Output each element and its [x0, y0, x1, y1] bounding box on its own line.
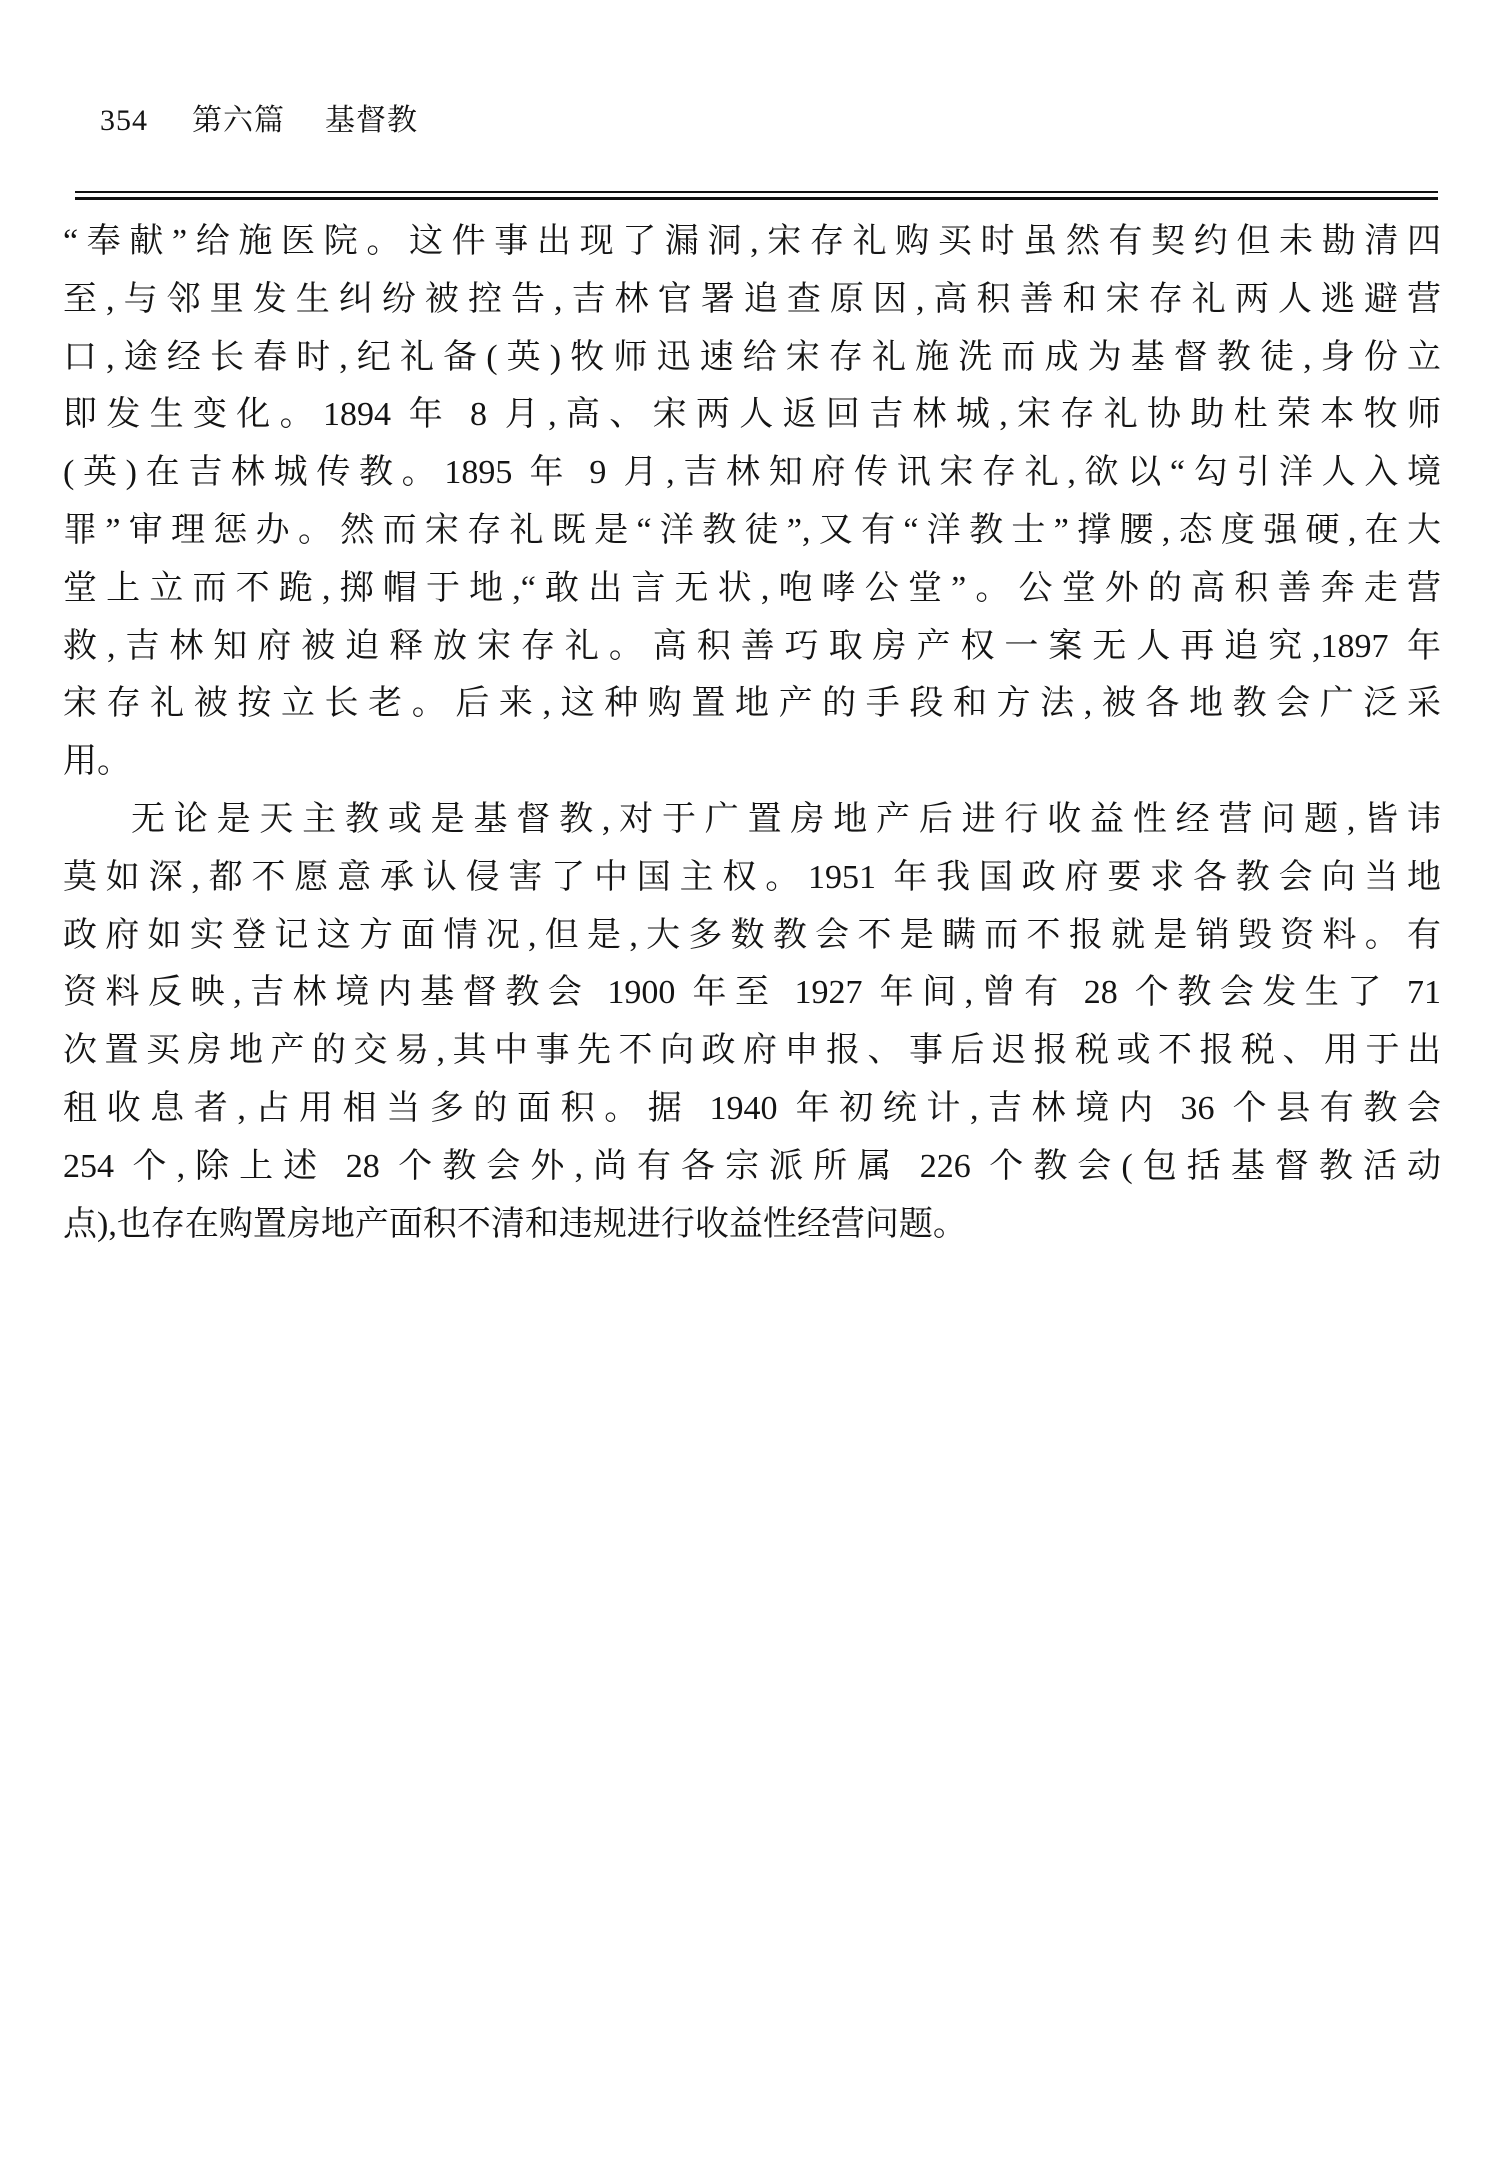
text-line: 点),也存在购置房地产面积不清和违规进行收益性经营问题。	[63, 1196, 1441, 1254]
text-line: 口,途经长春时,纪礼备(英)牧师迅速给宋存礼施洗而成为基督教徒,身份立	[63, 329, 1441, 387]
text-line: 救,吉林知府被迫释放宋存礼。高积善巧取房产权一案无人再追究,1897 年	[63, 618, 1441, 676]
text-line: 罪”审理惩办。然而宋存礼既是“洋教徒”,又有“洋教士”撑腰,态度强硬,在大	[63, 502, 1441, 560]
text-line: 次置买房地产的交易,其中事先不向政府申报、事后迟报税或不报税、用于出	[63, 1022, 1441, 1080]
page-number: 354	[100, 103, 148, 139]
chapter-title: 基督教	[325, 104, 418, 137]
section-label: 第六篇	[192, 103, 285, 139]
body-text: “奉献”给施医院。这件事出现了漏洞,宋存礼购买时虽然有契约但未勘清四至,与邻里发…	[63, 213, 1441, 1253]
text-line: 租收息者,占用相当多的面积。据 1940 年初统计,吉林境内 36 个县有教会	[63, 1080, 1441, 1138]
text-line: 无论是天主教或是基督教,对于广置房地产后进行收益性经营问题,皆讳	[63, 791, 1441, 849]
text-line: 资料反映,吉林境内基督教会 1900 年至 1927 年间,曾有 28 个教会发…	[63, 964, 1441, 1022]
text-line: 至,与邻里发生纠纷被控告,吉林官署追查原因,高积善和宋存礼两人逃避营	[63, 271, 1441, 329]
text-line: 宋存礼被按立长老。后来,这种购置地产的手段和方法,被各地教会广泛采	[63, 675, 1441, 733]
text-line: 莫如深,都不愿意承认侵害了中国主权。1951 年我国政府要求各教会向当地	[63, 849, 1441, 907]
text-line: (英)在吉林城传教。1895 年 9 月,吉林知府传讯宋存礼,欲以“勾引洋人入境	[63, 444, 1441, 502]
text-line: 254 个,除上述 28 个教会外,尚有各宗派所属 226 个教会(包括基督教活…	[63, 1138, 1441, 1196]
text-line: 即发生变化。1894 年 8 月,高、宋两人返回吉林城,宋存礼协助杜荣本牧师	[63, 386, 1441, 444]
header-double-rule	[75, 191, 1438, 200]
text-line: 用。	[63, 733, 1441, 791]
scanned-book-page: 354第六篇基督教 “奉献”给施医院。这件事出现了漏洞,宋存礼购买时虽然有契约但…	[0, 0, 1500, 2157]
text-line: “奉献”给施医院。这件事出现了漏洞,宋存礼购买时虽然有契约但未勘清四	[63, 213, 1441, 271]
running-header: 354第六篇基督教	[100, 103, 418, 139]
text-line: 堂上立而不跪,掷帽于地,“敢出言无状,咆哮公堂”。公堂外的高积善奔走营	[63, 560, 1441, 618]
text-line: 政府如实登记这方面情况,但是,大多数教会不是瞒而不报就是销毁资料。有	[63, 907, 1441, 965]
